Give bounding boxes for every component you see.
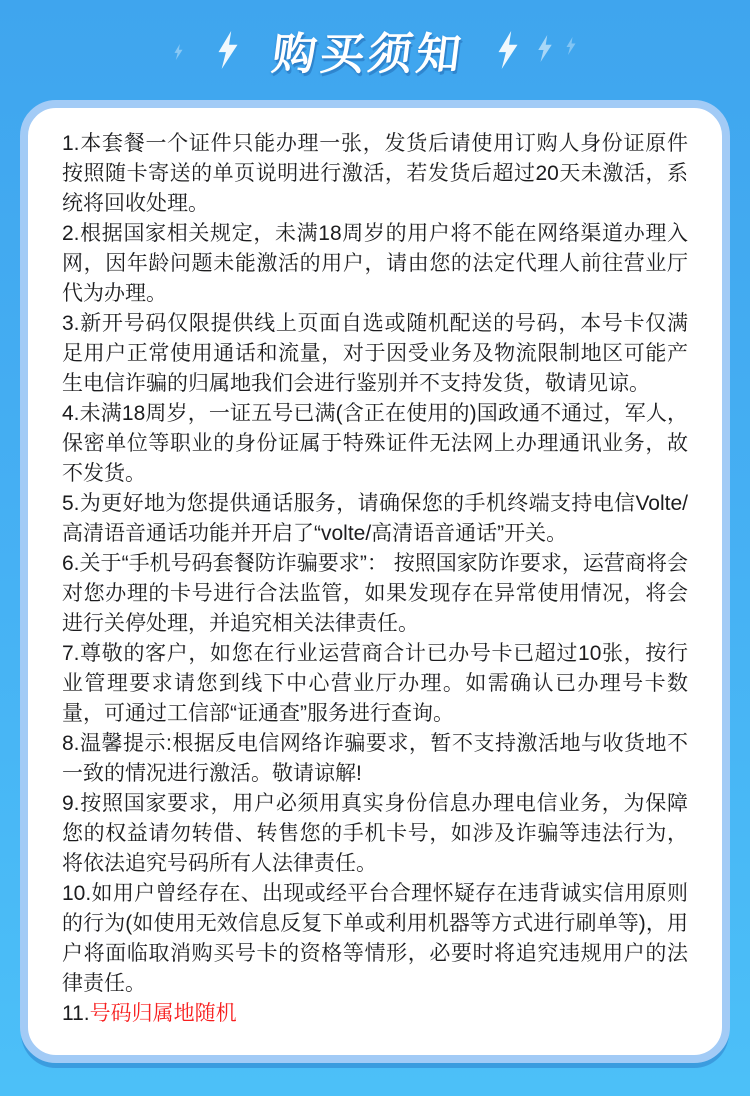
notice-item-text: 温馨提示:根据反电信网络诈骗要求，暂不支持激活地与收货地不一致的情况进行激活。敬… xyxy=(62,732,688,785)
notice-card: 1.本套餐一个证件只能办理一张，发货后请使用订购人身份证原件按照随卡寄送的单页说… xyxy=(20,100,730,1063)
notice-item: 5.为更好地为您提供通话服务，请确保您的手机终端支持电信Volte/高清语音通话… xyxy=(62,489,688,549)
page-header: 购买须知 xyxy=(0,0,750,100)
notice-item: 1.本套餐一个证件只能办理一张，发货后请使用订购人身份证原件按照随卡寄送的单页说… xyxy=(62,129,688,219)
notice-item-text: 新开号码仅限提供线上页面自选或随机配送的号码，本号卡仅满足用户正常使用通话和流量… xyxy=(62,312,688,395)
notice-item: 2.根据国家相关规定，未满18周岁的用户将不能在网络渠道办理入网，因年龄问题未能… xyxy=(62,219,688,309)
notice-item: 9.按照国家要求，用户必须用真实身份信息办理电信业务，为保障您的权益请勿转借、转… xyxy=(62,789,688,879)
notice-item-text: 号码归属地随机 xyxy=(90,1002,237,1025)
notice-item: 8.温馨提示:根据反电信网络诈骗要求，暂不支持激活地与收货地不一致的情况进行激活… xyxy=(62,729,688,789)
notice-list: 1.本套餐一个证件只能办理一张，发货后请使用订购人身份证原件按照随卡寄送的单页说… xyxy=(62,129,688,1029)
notice-item-text: 本套餐一个证件只能办理一张，发货后请使用订购人身份证原件按照随卡寄送的单页说明进… xyxy=(62,132,688,215)
lightning-bolt-icon xyxy=(495,31,521,69)
page-title: 购买须知 xyxy=(269,18,469,82)
notice-item: 11.号码归属地随机 xyxy=(62,999,688,1029)
lightning-bolt-icon xyxy=(564,37,578,55)
notice-item-number: 5. xyxy=(62,492,80,515)
notice-item-number: 9. xyxy=(62,792,80,815)
notice-item: 7.尊敬的客户，如您在行业运营商合计已办号卡已超过10张，按行业管理要求请您到线… xyxy=(62,639,688,729)
notice-item: 4.未满18周岁，一证五号已满(含正在使用的)国政通不通过，军人，保密单位等职业… xyxy=(62,399,688,489)
notice-item: 3.新开号码仅限提供线上页面自选或随机配送的号码，本号卡仅满足用户正常使用通话和… xyxy=(62,309,688,399)
notice-item-number: 8. xyxy=(62,732,80,755)
notice-item-text: 按照国家要求，用户必须用真实身份信息办理电信业务，为保障您的权益请勿转借、转售您… xyxy=(62,792,688,875)
notice-item-text: 如用户曾经存在、出现或经平台合理怀疑存在违背诚实信用原则的行为(如使用无效信息反… xyxy=(62,882,688,995)
notice-item-text: 根据国家相关规定，未满18周岁的用户将不能在网络渠道办理入网，因年龄问题未能激活… xyxy=(62,222,688,305)
lightning-bolt-icon xyxy=(535,35,555,62)
notice-item-number: 6. xyxy=(62,552,80,575)
notice-item-number: 1. xyxy=(62,132,80,155)
lightning-bolt-icon xyxy=(215,31,241,69)
notice-item-number: 2. xyxy=(62,222,80,245)
notice-item: 10.如用户曾经存在、出现或经平台合理怀疑存在违背诚实信用原则的行为(如使用无效… xyxy=(62,879,688,999)
lightning-bolt-icon xyxy=(172,44,185,60)
notice-item-text: 未满18周岁，一证五号已满(含正在使用的)国政通不通过，军人，保密单位等职业的身… xyxy=(62,402,688,485)
notice-item-text: 为更好地为您提供通话服务，请确保您的手机终端支持电信Volte/高清语音通话功能… xyxy=(62,492,688,545)
notice-item-text: 尊敬的客户，如您在行业运营商合计已办号卡已超过10张，按行业管理要求请您到线下中… xyxy=(62,642,688,725)
notice-item-number: 4. xyxy=(62,402,80,425)
notice-item-text: 关于“手机号码套餐防诈骗要求”： 按照国家防诈要求，运营商将会对您办理的卡号进行… xyxy=(62,552,688,635)
notice-item-number: 10. xyxy=(62,882,91,905)
notice-item-number: 3. xyxy=(62,312,80,335)
notice-item: 6.关于“手机号码套餐防诈骗要求”： 按照国家防诈要求，运营商将会对您办理的卡号… xyxy=(62,549,688,639)
notice-item-number: 11. xyxy=(62,1002,90,1025)
notice-item-number: 7. xyxy=(62,642,80,665)
